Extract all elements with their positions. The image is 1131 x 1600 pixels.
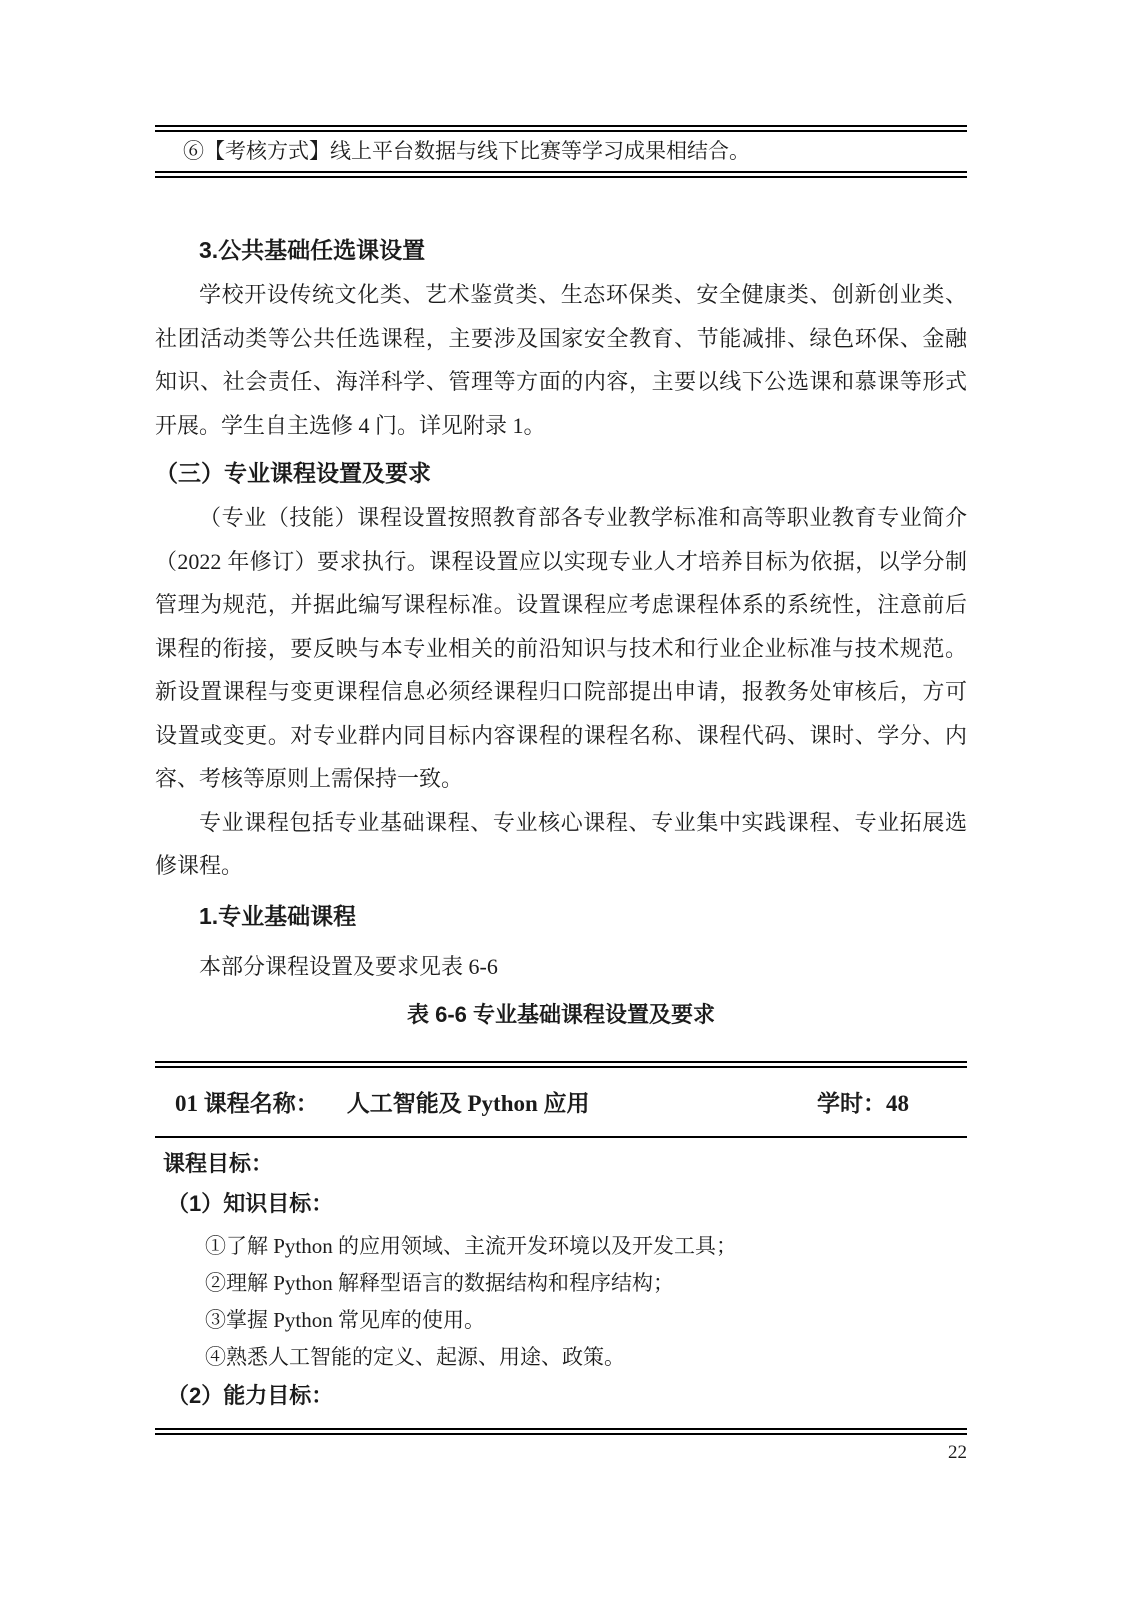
knowledge-item: ①了解 Python 的应用领域、主流开发环境以及开发工具；: [155, 1228, 967, 1265]
course-index-label: 01 课程名称：: [155, 1085, 319, 1118]
paragraph-professional-course-types: 专业课程包括专业基础课程、专业核心课程、专业集中实践课程、专业拓展选修课程。: [155, 801, 967, 888]
course-table-body: 课程目标： （1）知识目标： ①了解 Python 的应用领域、主流开发环境以及…: [155, 1138, 967, 1428]
course-hours: 学时：48: [817, 1085, 967, 1118]
page-number: 22: [948, 1441, 967, 1465]
page-content: ⑥【考核方式】线上平台数据与线下比赛等学习成果相结合。 3.公共基础任选课设置 …: [155, 0, 967, 1435]
knowledge-item: ④熟悉人工智能的定义、起源、用途、政策。: [155, 1339, 967, 1376]
course-name: 人工智能及 Python 应用: [319, 1085, 817, 1118]
document-page: ⑥【考核方式】线上平台数据与线下比赛等学习成果相结合。 3.公共基础任选课设置 …: [0, 0, 1131, 1600]
assessment-method-row: ⑥【考核方式】线上平台数据与线下比赛等学习成果相结合。: [155, 132, 967, 171]
table-reference-line: 本部分课程设置及要求见表 6-6: [155, 945, 967, 988]
course-goals-label: 课程目标：: [155, 1144, 967, 1184]
knowledge-item: ③掌握 Python 常见库的使用。: [155, 1302, 967, 1339]
heading-public-elective-courses: 3.公共基础任选课设置: [155, 228, 967, 273]
knowledge-item: ②理解 Python 解释型语言的数据结构和程序结构；: [155, 1265, 967, 1302]
paragraph-elective-courses: 学校开设传统文化类、艺术鉴赏类、生态环保类、安全健康类、创新创业类、社团活动类等…: [155, 273, 967, 447]
ability-goals-label: （2）能力目标：: [155, 1376, 967, 1416]
course-table: 01 课程名称： 人工智能及 Python 应用 学时：48 课程目标： （1）…: [155, 1061, 967, 1435]
continued-table-fragment: ⑥【考核方式】线上平台数据与线下比赛等学习成果相结合。: [155, 125, 967, 178]
paragraph-professional-requirements: （专业（技能）课程设置按照教育部各专业教学标准和高等职业教育专业简介（2022 …: [155, 496, 967, 801]
course-table-header-row: 01 课程名称： 人工智能及 Python 应用 学时：48: [155, 1068, 967, 1138]
heading-professional-course-setup: （三）专业课程设置及要求: [155, 451, 967, 496]
knowledge-goals-label: （1）知识目标：: [155, 1184, 967, 1224]
heading-basic-professional-courses: 1.专业基础课程: [155, 894, 967, 939]
table-caption: 表 6-6 专业基础课程设置及要求: [155, 993, 967, 1037]
